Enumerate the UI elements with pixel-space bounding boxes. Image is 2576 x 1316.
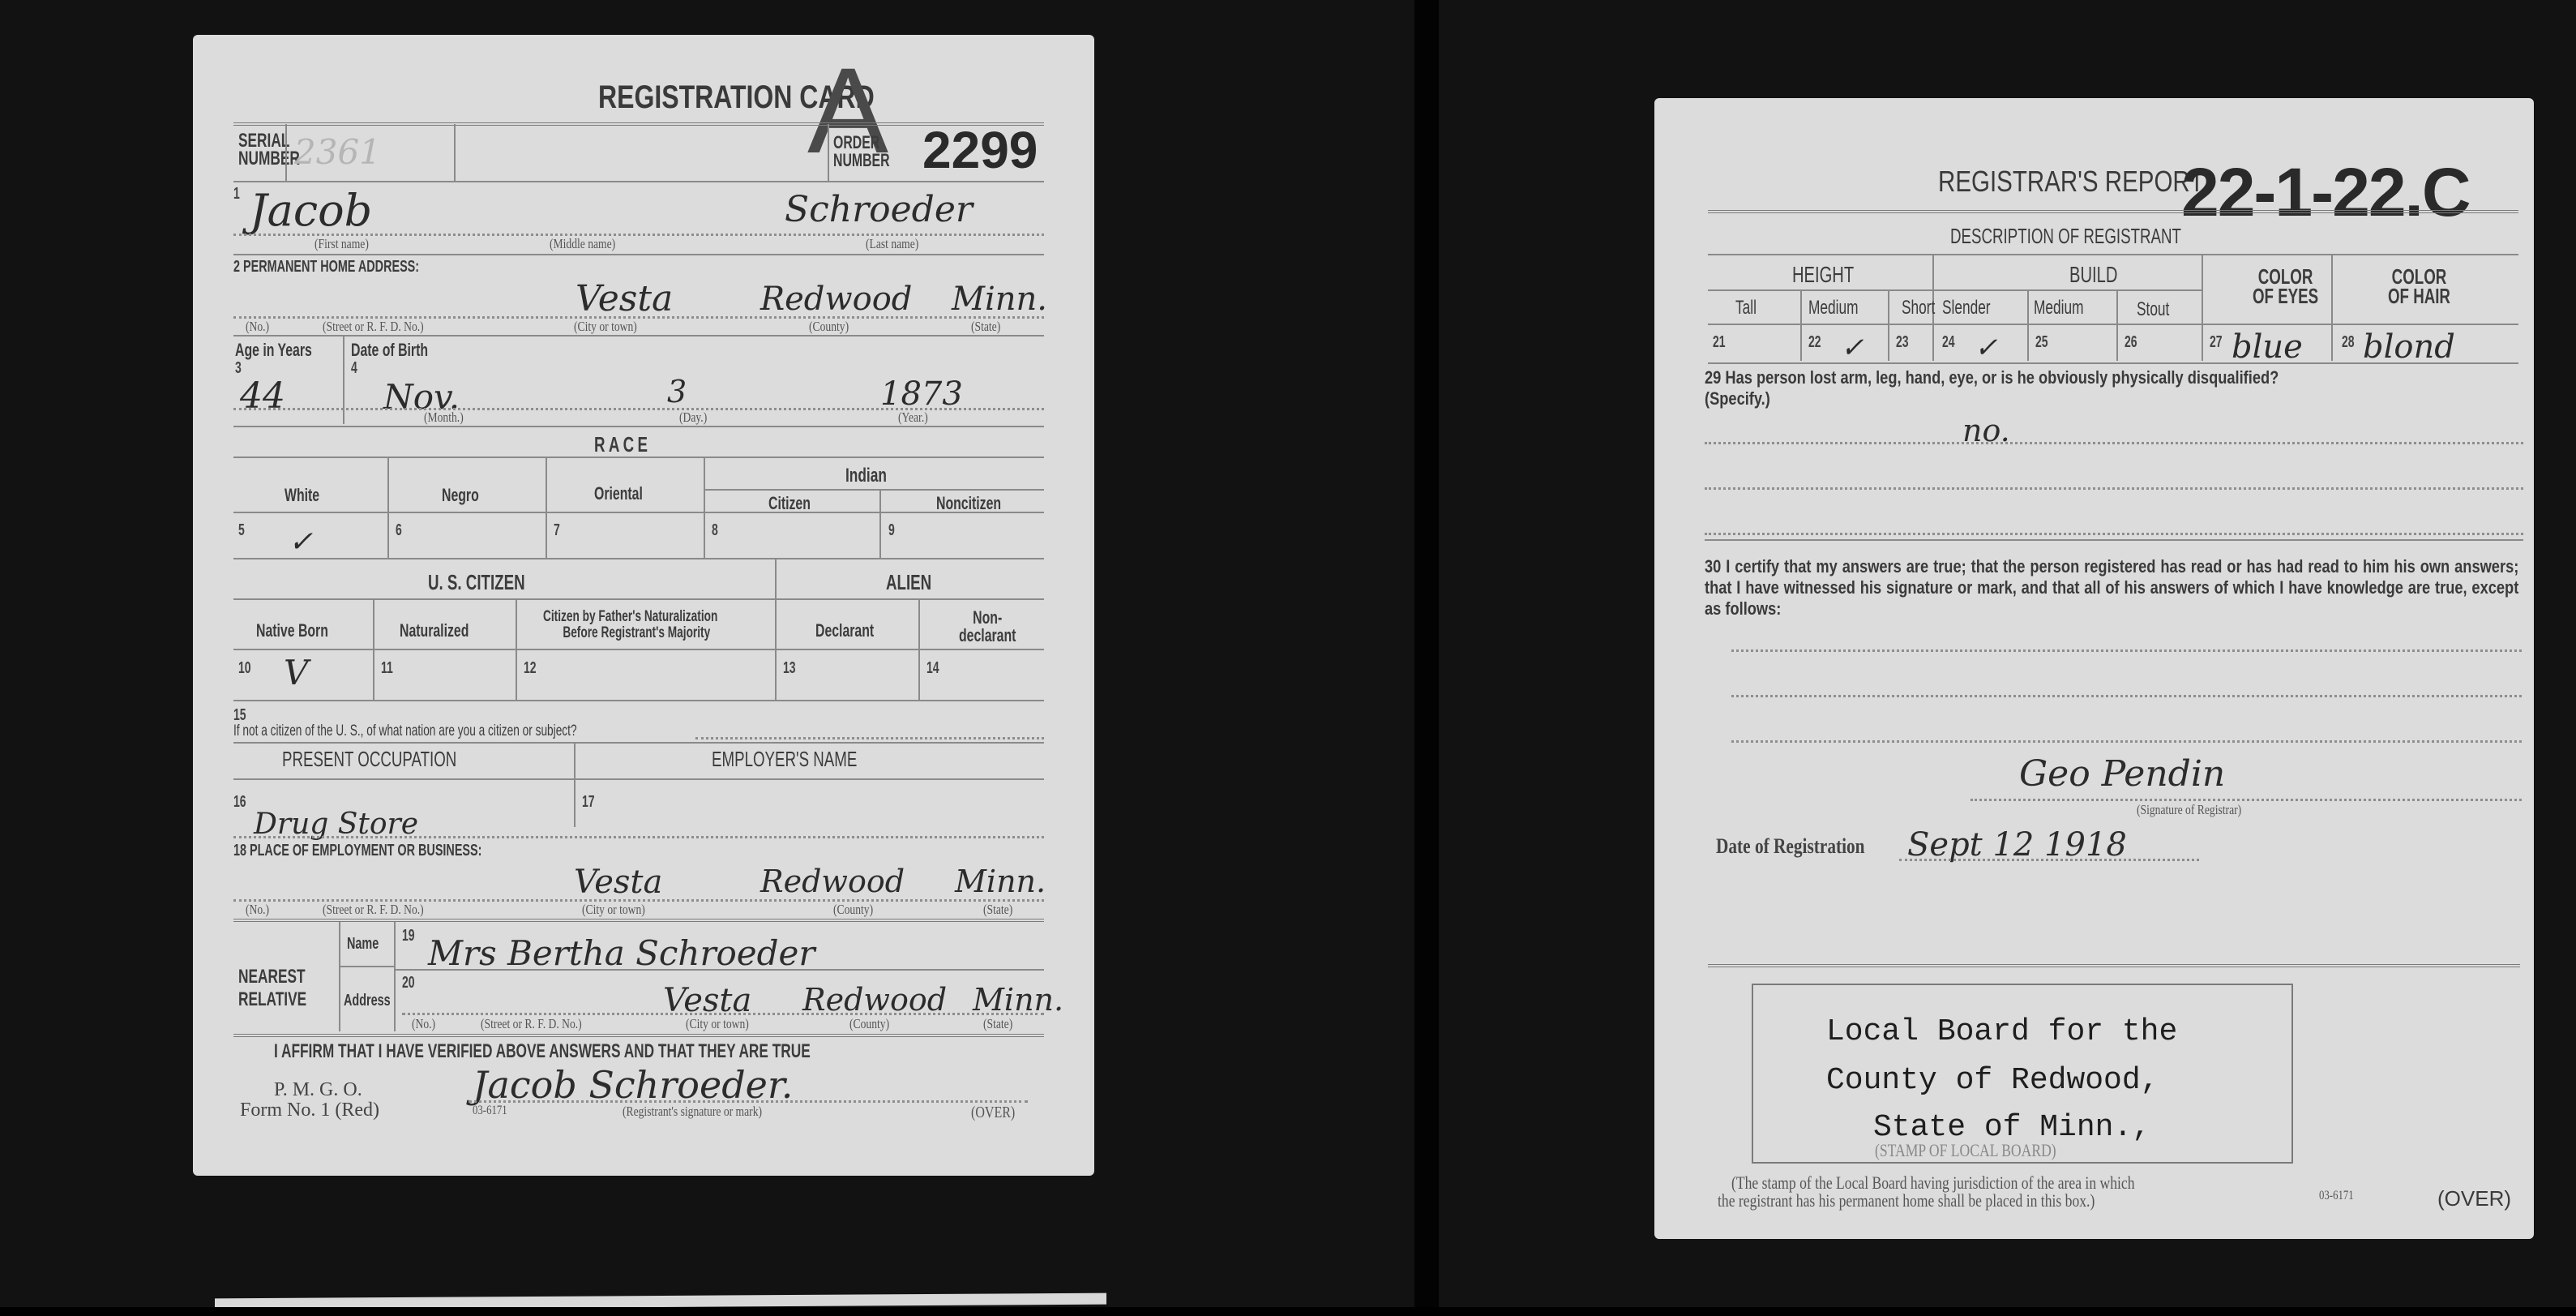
- stamp-line-1: Local Board for the: [1826, 1014, 2177, 1049]
- registrar-signature: Geo Pendin: [2019, 753, 2225, 795]
- employment-state: Minn.: [955, 864, 1046, 899]
- stamp-line-3: State of Minn.,: [1873, 1110, 2150, 1145]
- form-number: Form No. 1 (Red): [240, 1100, 379, 1121]
- affirmation-text: I AFFIRM THAT I HAVE VERIFIED ABOVE ANSW…: [274, 1040, 811, 1063]
- last-name: Schroeder: [785, 189, 973, 230]
- scan-divider: [1414, 0, 1439, 1316]
- height-medium-mark: ✓: [1841, 332, 1864, 364]
- native-born-mark: V: [284, 653, 308, 692]
- stamp-line-2: County of Redwood,: [1826, 1063, 2159, 1098]
- home-city: Vesta: [576, 278, 673, 319]
- hair-color: blond: [2363, 328, 2455, 366]
- report-stamp-code: 22-1-22.C: [2181, 153, 2470, 232]
- q30-certification: 30 I certify that my answers are true; t…: [1705, 556, 2518, 619]
- registration-card: REGISTRATION CARD A SERIALNUMBER 2361 OR…: [193, 35, 1094, 1176]
- employment-city: Vesta: [574, 864, 662, 901]
- home-state: Minn.: [952, 281, 1047, 318]
- scan-border: [0, 1307, 2576, 1316]
- relative-name: Mrs Bertha Schroeder: [428, 933, 815, 973]
- serial-number: 2361: [294, 132, 381, 172]
- nearest-relative-label: NEARESTRELATIVE: [238, 966, 306, 1011]
- report-title: REGISTRAR'S REPORT: [1938, 165, 2204, 199]
- registrars-report-card: REGISTRAR'S REPORT 22-1-22.C DESCRIPTION…: [1654, 98, 2534, 1239]
- home-county: Redwood: [760, 281, 912, 318]
- race-white-mark: ✓: [289, 525, 313, 559]
- dob-day: 3: [667, 374, 687, 409]
- q29-text: 29 Has person lost arm, leg, hand, eye, …: [1705, 367, 2518, 409]
- race-header: RACE: [594, 432, 651, 457]
- age-value: 44: [240, 375, 285, 417]
- build-slender-mark: ✓: [1975, 332, 1998, 364]
- serial-label: SERIALNUMBER: [238, 132, 300, 168]
- order-number: 2299: [922, 120, 1038, 180]
- eye-color: blue: [2232, 328, 2303, 366]
- first-name: Jacob: [250, 185, 372, 236]
- employment-county: Redwood: [760, 864, 905, 899]
- home-address-label: 2 PERMANENT HOME ADDRESS:: [233, 258, 419, 276]
- order-label: ORDERNUMBER: [833, 134, 890, 169]
